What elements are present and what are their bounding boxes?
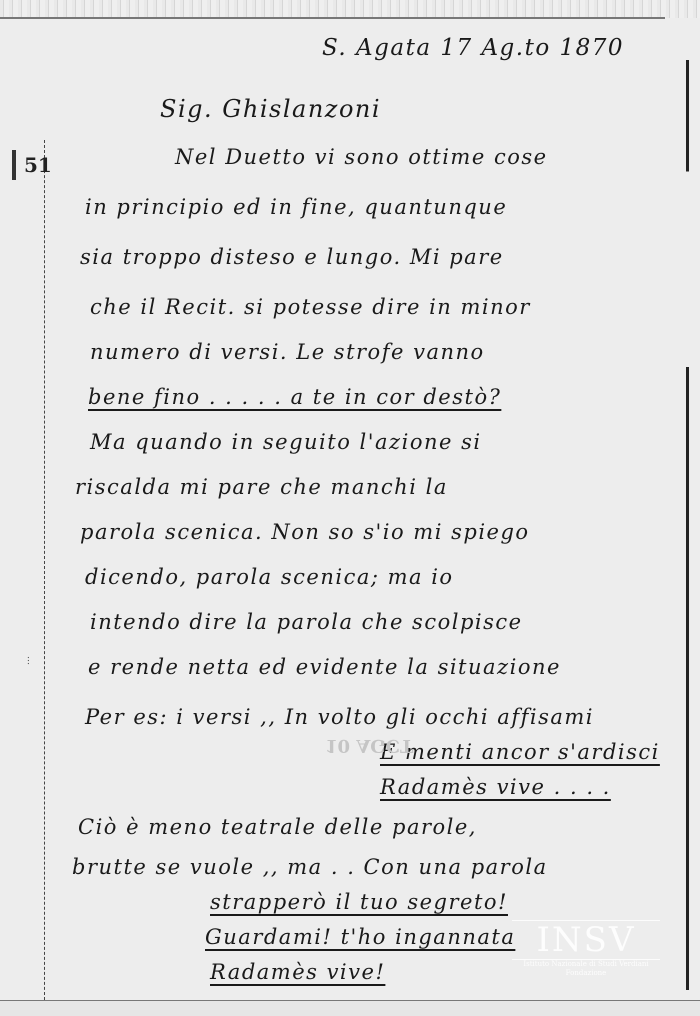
letter-line-8: riscalda mi pare che manchi la: [75, 475, 448, 499]
watermark-logo: INSV: [512, 920, 660, 960]
letter-line-19: Guardami! t'ho ingannata: [205, 925, 515, 949]
insv-watermark: INSV Istituto Nazionale di Studi Verdian…: [512, 920, 660, 980]
letter-line-1: Nel Duetto vi sono ottime cose: [175, 145, 548, 169]
watermark-line-1: Istituto Nazionale di Studi Verdiani: [512, 960, 660, 969]
letter-line-10: dicendo, parola scenica; ma io: [85, 565, 454, 589]
letter-page: 51 … S. Agata 17 Ag.to 1870 Sig. Ghislan…: [0, 0, 700, 1016]
letter-line-3: sia troppo disteso e lungo. Mi pare: [80, 245, 504, 269]
letter-line-13: Per es: i versi ,, In volto gli occhi af…: [85, 705, 594, 729]
letter-line-9: parola scenica. Non so s'io mi spiego: [80, 520, 530, 544]
letter-line-4: che il Recit. si potesse dire in minor: [90, 295, 531, 319]
letter-line-14: E menti ancor s'ardisci: [380, 740, 660, 764]
letter-line-15: Radamès vive . . . .: [380, 775, 611, 799]
letter-line-6: bene fino . . . . . a te in cor destò?: [88, 385, 501, 409]
letter-line-17: brutte se vuole ,, ma . . Con una parola: [72, 855, 548, 879]
letter-line-7: Ma quando in seguito l'azione si: [90, 430, 482, 454]
letter-line-5: numero di versi. Le strofe vanno: [90, 340, 485, 364]
top-border-line: [0, 17, 665, 19]
page-bottom-edge: [0, 1000, 700, 1016]
dateline: S. Agata 17 Ag.to 1870: [322, 35, 624, 61]
page-top-edge: [0, 0, 700, 18]
archive-page-number: 51: [12, 150, 52, 180]
letter-line-12: e rende netta ed evidente la situazione: [88, 655, 561, 679]
letter-line-11: intendo dire la parola che scolpisce: [90, 610, 523, 634]
archive-stamp: 10 AGCT: [325, 735, 413, 756]
letter-line-16: Ciò è meno teatrale delle parole,: [78, 815, 477, 839]
letter-line-20: Radamès vive!: [210, 960, 385, 984]
salutation: Sig. Ghislanzoni: [160, 95, 381, 123]
watermark-line-2: Fondazione: [512, 969, 660, 978]
letter-line-18: strapperò il tuo segreto!: [210, 890, 508, 914]
left-margin-line: [44, 140, 46, 1016]
marginal-note: …: [22, 585, 42, 665]
right-border-line: [686, 60, 689, 990]
letter-line-2: in principio ed in fine, quantunque: [85, 195, 507, 219]
